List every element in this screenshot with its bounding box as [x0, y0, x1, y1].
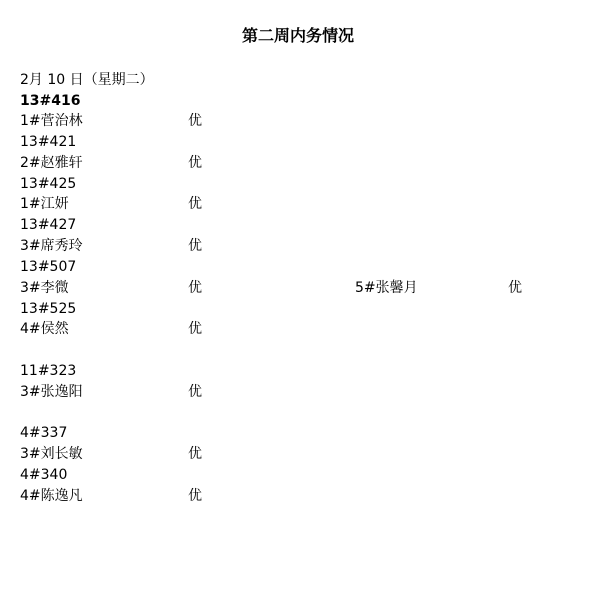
page-title: 第二周内务情况 — [0, 23, 596, 46]
room-label: 13#525 — [20, 299, 76, 319]
bed-name: 2#赵雅轩 — [20, 153, 83, 173]
room-label: 11#323 — [20, 361, 76, 381]
grade: 优 — [188, 486, 202, 506]
grade: 优 — [188, 111, 202, 131]
date-line: 2月 10 日（星期二） — [20, 70, 154, 90]
bed-name: 3#席秀玲 — [20, 236, 83, 256]
grade: 优 — [188, 444, 202, 464]
bed-name: 3#张逸阳 — [20, 382, 83, 402]
grade-2: 优 — [508, 278, 522, 298]
grade: 优 — [188, 194, 202, 214]
bed-name: 1#菅治林 — [20, 111, 83, 131]
room-label: 13#427 — [20, 215, 76, 235]
grade: 优 — [188, 319, 202, 339]
bed-name: 3#李微 — [20, 278, 69, 298]
room-label: 13#507 — [20, 257, 76, 277]
bed-name-2: 5#张馨月 — [355, 278, 418, 298]
room-label: 4#337 — [20, 423, 67, 443]
bed-name: 1#江妍 — [20, 194, 69, 214]
grade: 优 — [188, 236, 202, 256]
room-label: 13#421 — [20, 132, 76, 152]
bed-name: 4#陈逸凡 — [20, 486, 83, 506]
room-label: 13#416 — [20, 91, 80, 111]
grade: 优 — [188, 153, 202, 173]
room-label: 4#340 — [20, 465, 67, 485]
bed-name: 3#刘长敏 — [20, 444, 83, 464]
room-label: 13#425 — [20, 174, 76, 194]
bed-name: 4#侯然 — [20, 319, 69, 339]
grade: 优 — [188, 382, 202, 402]
grade: 优 — [188, 278, 202, 298]
